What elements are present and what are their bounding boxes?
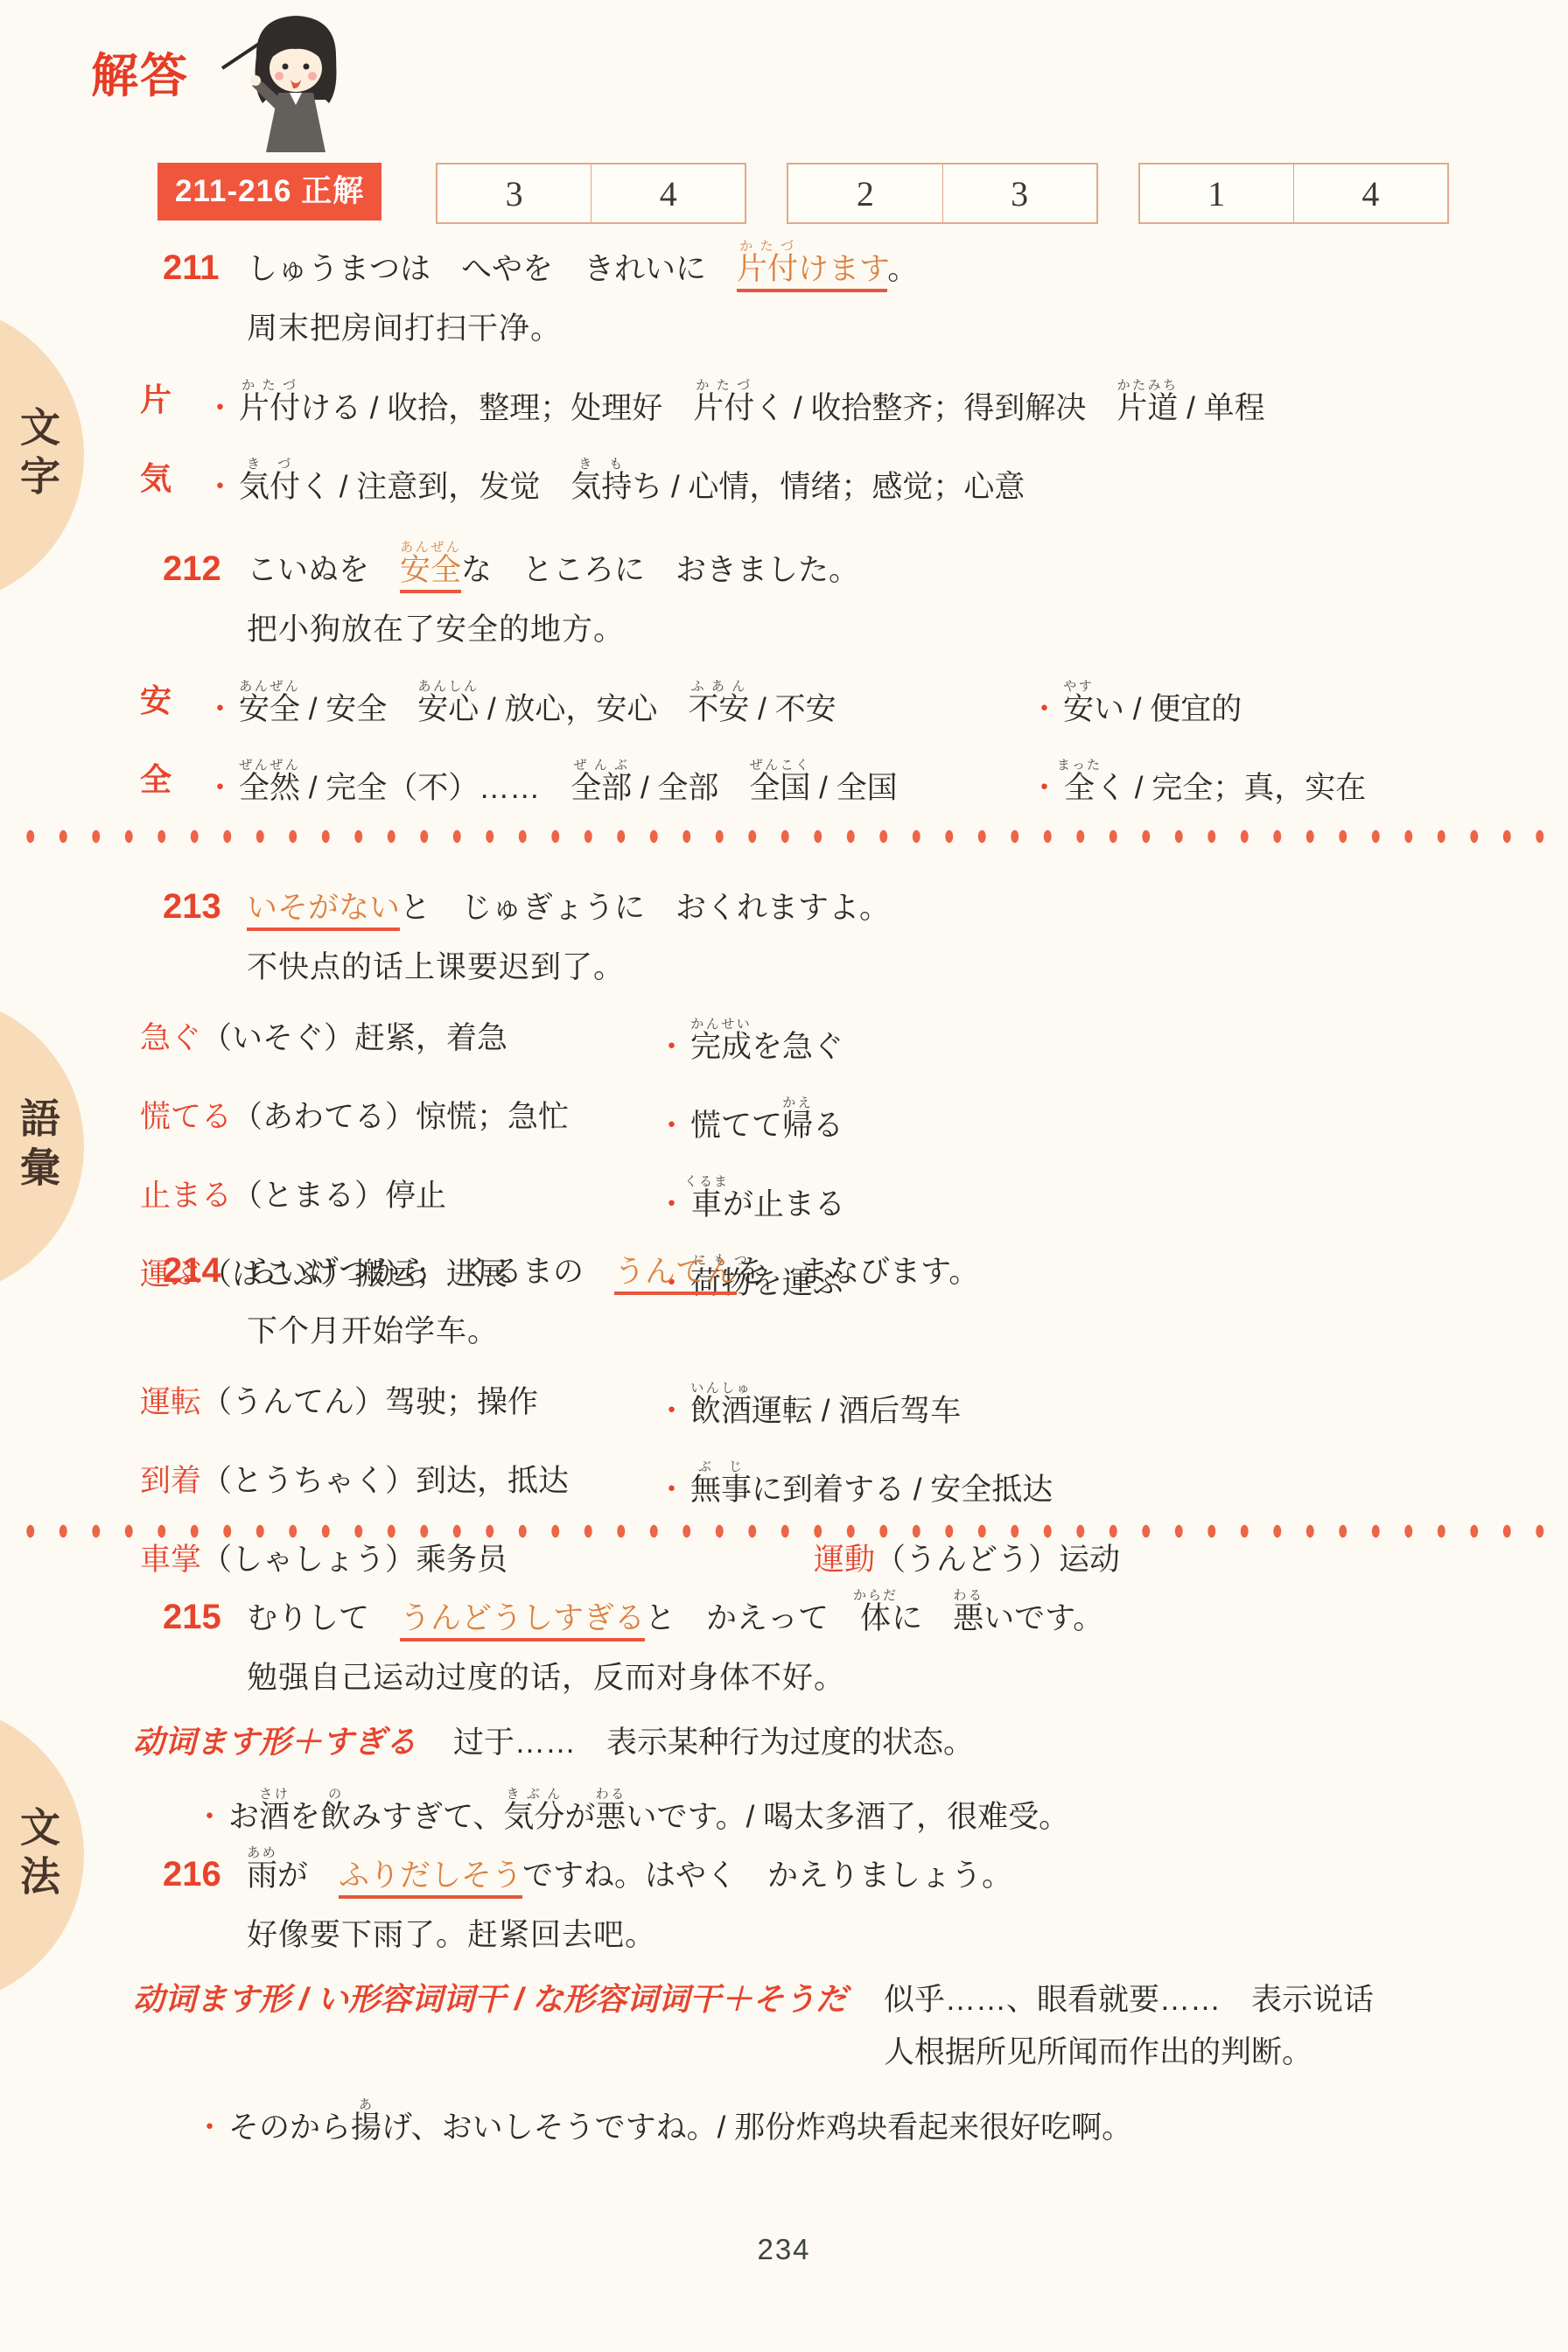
question-sentence: 213いそがないと じゅぎょうに おくれますよ。 — [133, 863, 1519, 933]
ruby-text: 安全あんぜん — [239, 692, 300, 726]
question-216: 216雨あめが ふりだしそうですね。はやく かえりましょう。 好像要下雨了。赶紧… — [133, 1830, 1519, 2151]
vocab-row: 片 ・片付かたづける / 收拾，整理；处理好 片付かたづく / 收拾整齐；得到解… — [133, 366, 1519, 430]
text-segment: 運転 / 酒后驾车 — [752, 1394, 961, 1428]
answer-group: 14 — [1138, 163, 1449, 224]
sidebar-tab-label: 文法 — [9, 1806, 66, 1904]
text-segment: く / 完全；真，实在 — [1095, 771, 1366, 805]
text-segment: （しゃしょう）乘务员 — [201, 1543, 507, 1577]
text-segment: ける / 收拾，整理；处理好 — [300, 391, 693, 425]
ruby-text: 気分きぶん — [503, 1800, 564, 1834]
translation: 好像要下雨了。赶紧回去吧。 — [133, 1913, 1519, 1958]
text-segment: （あわてる）惊慌；急忙 — [232, 1100, 569, 1134]
text-segment: 。 — [887, 252, 918, 286]
answer-cell: 4 — [1293, 164, 1447, 222]
question-sentence: 212こいぬを 安全あんぜんな ところに おきました。 — [133, 525, 1519, 595]
text-segment: が — [564, 1800, 595, 1834]
ruby-text: 安心あんしん — [417, 692, 479, 726]
vocab-example: ・慌てて帰かえる — [656, 1095, 1519, 1148]
question-sentence: 211しゅうまつは へやを きれいに 片付かたづけます。 — [133, 224, 1519, 294]
vocab-row: 止まる（とまる）停止 ・車くるまが止まる — [133, 1160, 1519, 1227]
grammar-row: 动词ます形 / い形容词词干 / な形容词词干＋そうだ似乎……、眼看就要…… 表… — [133, 1974, 1519, 2079]
vocab-word: 止まる（とまる）停止 — [140, 1174, 656, 1227]
text-segment: が — [277, 1858, 339, 1893]
text-segment: うんてん — [614, 1255, 737, 1295]
vocab-example: ・車くるまが止まる — [656, 1174, 1519, 1227]
vocab-definitions-right: ・全まったく / 完全；真，实在 — [1029, 758, 1519, 810]
question-215: 215むりして うんどうしすぎると かえって 体からだに 悪わるいです。 勉强自… — [133, 1573, 1519, 1840]
answer-cell: 2 — [788, 164, 941, 222]
bullet-dot: ・ — [656, 1109, 687, 1143]
question-212: 212こいぬを 安全あんぜんな ところに おきました。 把小狗放在了安全的地方。… — [133, 525, 1519, 810]
text-segment: 到着 — [140, 1464, 201, 1498]
teacher-girl-illustration — [208, 2, 383, 159]
text-segment: しゅうまつは へやを きれいに — [247, 252, 737, 286]
text-segment: ですね。はやく かえりましょう。 — [522, 1858, 1012, 1893]
ruby-text: 体からだ — [859, 1601, 892, 1635]
ruby-text: 悪わる — [595, 1800, 626, 1834]
text-segment: （いそぐ）赶紧，着急 — [201, 1021, 507, 1055]
text-segment: ち / 心情，情绪；感觉；心意 — [632, 470, 1025, 504]
dotted-divider — [14, 1522, 1561, 1540]
translation: 把小狗放在了安全的地方。 — [133, 607, 1519, 653]
bullet-dot: ・ — [1029, 771, 1060, 805]
text-segment: 慌てる — [140, 1100, 232, 1134]
text-segment: いです。 — [983, 1601, 1103, 1635]
bullet-dot: ・ — [656, 1187, 687, 1221]
grammar-example: ・そのから揚あげ、おいしそうですね。/ 那份炸鸡块看起来很好吃啊。 — [133, 2091, 1519, 2151]
kanji-label: 全 — [140, 758, 205, 810]
ruby-text: 雨あめ — [247, 1858, 277, 1893]
ruby-text: 片付かたづ — [737, 252, 798, 292]
ruby-text: 全まった — [1063, 771, 1095, 805]
answer-cell: 3 — [942, 164, 1096, 222]
grammar-row: 动词ます形＋すぎる过于…… 表示某种行为过度的状态。 — [133, 1717, 1519, 1768]
translation: 不快点的话上课要迟到了。 — [133, 945, 1519, 990]
text-segment: く / 收拾整齐；得到解决 — [754, 391, 1116, 425]
sentence-text: むりして うんどうしすぎると かえって 体からだに 悪わるいです。 — [247, 1601, 1103, 1641]
question-211: 211しゅうまつは へやを きれいに 片付かたづけます。 周末把房间打扫干净。 … — [133, 224, 1519, 509]
question-sentence: 214らいげつから くるまの うんてんを まなびます。 — [133, 1227, 1519, 1297]
answer-stamp: 解答 — [91, 38, 189, 106]
ruby-text: 飲の — [320, 1800, 351, 1834]
text-segment: 車掌 — [140, 1543, 201, 1577]
text-segment: けます — [798, 252, 887, 292]
text-segment: 運転 — [140, 1385, 201, 1419]
text-segment: いそがない — [247, 891, 400, 931]
bullet-dot: ・ — [194, 2110, 225, 2145]
ruby-text: 全国ぜんこく — [749, 771, 810, 805]
vocab-word: 慌てる（あわてる）惊慌；急忙 — [140, 1095, 656, 1148]
ruby-text: 安全あんぜん — [400, 553, 461, 593]
ruby-text: 無事ぶじ — [690, 1473, 752, 1507]
text-segment: い / 便宜的 — [1094, 692, 1242, 726]
sentence-text: こいぬを 安全あんぜんな ところに おきました。 — [247, 553, 859, 593]
vocab-word: 到着（とうちゃく）到达，抵达 — [140, 1459, 656, 1512]
text-segment: （とまる）停止 — [232, 1179, 446, 1213]
text-segment: ふりだしそう — [339, 1858, 522, 1899]
ruby-text: 片付かたづ — [239, 391, 300, 425]
text-segment: を — [290, 1800, 320, 1834]
vocab-definitions: ・安全あんぜん / 安全 安心あんしん / 放心，安心 不安ふあん / 不安 — [205, 679, 1029, 731]
answer-cell: 1 — [1140, 164, 1293, 222]
grammar-description: 似乎……、眼看就要…… 表示说话人根据所见所闻而作出的判断。 — [884, 1974, 1374, 2079]
text-segment: ところに おきました。 — [492, 553, 859, 587]
text-segment: / 全国 — [810, 771, 897, 805]
grammar-description: 过于…… 表示某种行为过度的状态。 — [453, 1725, 974, 1760]
ruby-text: 揚あ — [351, 2110, 381, 2145]
bullet-dot: ・ — [205, 470, 235, 504]
sidebar-tab-label: 語彙 — [9, 1097, 66, 1195]
text-segment: と じゅぎょうに おくれますよ。 — [400, 891, 890, 925]
ruby-text: 気付きづ — [239, 470, 300, 504]
bullet-dot: ・ — [656, 1394, 687, 1428]
vocab-definitions: ・気付きづく / 注意到，发觉 気持きもち / 心情，情绪；感觉；心意 — [205, 457, 1519, 509]
kanji-label: 気 — [140, 457, 205, 509]
question-number: 212 — [163, 544, 231, 593]
ruby-text: 悪わる — [953, 1601, 983, 1635]
text-segment: みすぎて、 — [351, 1800, 503, 1834]
sentence-text: 雨あめが ふりだしそうですね。はやく かえりましょう。 — [247, 1858, 1012, 1899]
text-segment: そのから — [228, 2110, 351, 2145]
ruby-text: 気持きも — [570, 470, 632, 504]
sidebar-tab-label: 文字 — [9, 406, 66, 504]
vocab-example: ・飲酒いんしゅ運転 / 酒后驾车 — [656, 1381, 1519, 1433]
text-segment: / 放心，安心 — [479, 692, 688, 726]
ruby-text: 車くるま — [690, 1187, 723, 1221]
sentence-text: らいげつから くるまの うんてんを まなびます。 — [247, 1255, 979, 1295]
bullet-dot: ・ — [205, 692, 235, 726]
text-segment: な — [461, 553, 492, 587]
vocab-row: 全 ・全然ぜんぜん / 完全（不）…… 全部ぜんぶ / 全部 全国ぜんこく / … — [133, 745, 1519, 810]
ruby-text: 帰かえ — [782, 1109, 813, 1143]
question-number: 214 — [163, 1246, 231, 1295]
vocab-word: 運転（うんてん）驾驶；操作 — [140, 1381, 656, 1433]
answer-group: 34 — [436, 163, 746, 224]
text-segment: く / 注意到，发觉 — [300, 470, 570, 504]
text-segment: に到着する / 安全抵达 — [752, 1473, 1053, 1507]
ruby-text: 酒さけ — [259, 1800, 290, 1834]
vocab-example: ・無事ぶじに到着する / 安全抵达 — [656, 1459, 1519, 1512]
ruby-text: 全部ぜんぶ — [570, 771, 632, 805]
text-segment: / 完全（不）…… — [300, 771, 570, 805]
question-sentence: 216雨あめが ふりだしそうですね。はやく かえりましょう。 — [133, 1830, 1519, 1900]
sidebar-tab-moji: 文字 — [0, 304, 84, 605]
answer-boxes: 342314 — [436, 163, 1449, 224]
text-segment: むりして — [247, 1601, 400, 1635]
text-segment: （とうちゃく）到达，抵达 — [201, 1464, 569, 1498]
text-segment: 止まる — [140, 1179, 232, 1213]
sentence-text: いそがないと じゅぎょうに おくれますよ。 — [247, 891, 890, 931]
text-segment: に — [892, 1601, 953, 1635]
answer-cell: 4 — [591, 164, 745, 222]
text-segment: 急ぐ — [140, 1021, 201, 1055]
bullet-dot: ・ — [656, 1473, 687, 1507]
question-number: 211 — [163, 243, 231, 292]
text-segment: 運動 — [814, 1543, 875, 1577]
bullet-dot: ・ — [205, 391, 235, 425]
text-segment: が止まる — [723, 1187, 845, 1221]
kanji-label: 安 — [140, 679, 205, 731]
question-number: 213 — [163, 882, 231, 931]
text-segment: 慌てて — [690, 1109, 782, 1143]
sentence-text: しゅうまつは へやを きれいに 片付かたづけます。 — [247, 252, 918, 292]
question-number: 216 — [163, 1850, 231, 1899]
ruby-text: 全然ぜんぜん — [239, 771, 300, 805]
dotted-divider — [14, 828, 1561, 845]
text-segment: る — [813, 1109, 843, 1143]
ruby-text: 片道かたみち — [1116, 391, 1178, 425]
ruby-text: 不安ふあん — [688, 692, 749, 726]
vocab-definitions: ・片付かたづける / 收拾，整理；处理好 片付かたづく / 收拾整齐；得到解决 … — [205, 378, 1519, 430]
vocab-row: 安 ・安全あんぜん / 安全 安心あんしん / 放心，安心 不安ふあん / 不安… — [133, 667, 1519, 731]
text-segment: （うんてん）驾驶；操作 — [201, 1385, 538, 1419]
sidebar-tab-goi: 語彙 — [0, 996, 84, 1297]
vocab-row: 運転（うんてん）驾驶；操作 ・飲酒いんしゅ運転 / 酒后驾车 — [133, 1367, 1519, 1433]
text-segment: いです。/ 喝太多酒了，很难受。 — [626, 1800, 1069, 1834]
translation: 周末把房间打扫干净。 — [133, 306, 1519, 352]
text-segment: お — [228, 1800, 259, 1834]
text-segment: / 安全 — [300, 692, 417, 726]
vocab-row: 気 ・気付きづく / 注意到，发觉 気持きもち / 心情，情绪；感觉；心意 — [133, 444, 1519, 509]
text-segment: （うんどう）运动 — [875, 1543, 1120, 1577]
text-segment: / 不安 — [749, 692, 836, 726]
grammar-pattern: 动词ます形 / い形容词词干 / な形容词词干＋そうだ — [133, 1981, 847, 2017]
answer-cell: 3 — [437, 164, 591, 222]
vocab-row: 慌てる（あわてる）惊慌；急忙 ・慌てて帰かえる — [133, 1081, 1519, 1148]
ruby-text: 片付かたづ — [693, 391, 754, 425]
text-segment: / 单程 — [1178, 391, 1264, 425]
bullet-dot: ・ — [656, 1030, 687, 1064]
grammar-pattern: 动词ます形＋すぎる — [133, 1724, 416, 1760]
question-number: 215 — [163, 1592, 231, 1641]
text-segment: らいげつから くるまの — [247, 1255, 614, 1289]
ruby-text: 飲酒いんしゅ — [690, 1394, 752, 1428]
text-segment: を急ぐ — [752, 1030, 843, 1064]
question-sentence: 215むりして うんどうしすぎると かえって 体からだに 悪わるいです。 — [133, 1573, 1519, 1643]
sidebar-tab-bunpo: 文法 — [0, 1704, 84, 2005]
text-segment: げ、おいしそうですね。/ 那份炸鸡块看起来很好吃啊。 — [381, 2110, 1132, 2145]
page-number: 234 — [0, 2233, 1568, 2266]
vocab-definitions-right: ・安やすい / 便宜的 — [1029, 679, 1519, 731]
bullet-dot: ・ — [205, 771, 235, 805]
vocab-example: ・完成かんせいを急ぐ — [656, 1017, 1519, 1069]
answer-range-label: 211-216 正解 — [157, 163, 381, 220]
kanji-label: 片 — [140, 378, 205, 430]
text-segment: と かえって — [645, 1601, 859, 1635]
ruby-text: 安やす — [1063, 692, 1094, 726]
ruby-text: 完成かんせい — [690, 1030, 752, 1064]
translation: 下个月开始学车。 — [133, 1309, 1519, 1354]
vocab-word: 急ぐ（いそぐ）赶紧，着急 — [140, 1017, 656, 1069]
vocab-definitions: ・全然ぜんぜん / 完全（不）…… 全部ぜんぶ / 全部 全国ぜんこく / 全国 — [205, 758, 1029, 810]
answer-group: 23 — [787, 163, 1097, 224]
translation: 勉强自己运动过度的话，反而对身体不好。 — [133, 1655, 1519, 1701]
bullet-dot: ・ — [194, 1800, 225, 1834]
text-segment: を まなびます。 — [737, 1255, 979, 1289]
text-segment: こいぬを — [247, 553, 400, 587]
bullet-dot: ・ — [1029, 692, 1060, 726]
vocab-row: 到着（とうちゃく）到达，抵达 ・無事ぶじに到着する / 安全抵达 — [133, 1445, 1519, 1512]
text-segment: / 全部 — [632, 771, 749, 805]
text-segment: うんどうしすぎる — [400, 1601, 645, 1641]
vocab-row: 急ぐ（いそぐ）赶紧，着急 ・完成かんせいを急ぐ — [133, 1003, 1519, 1069]
